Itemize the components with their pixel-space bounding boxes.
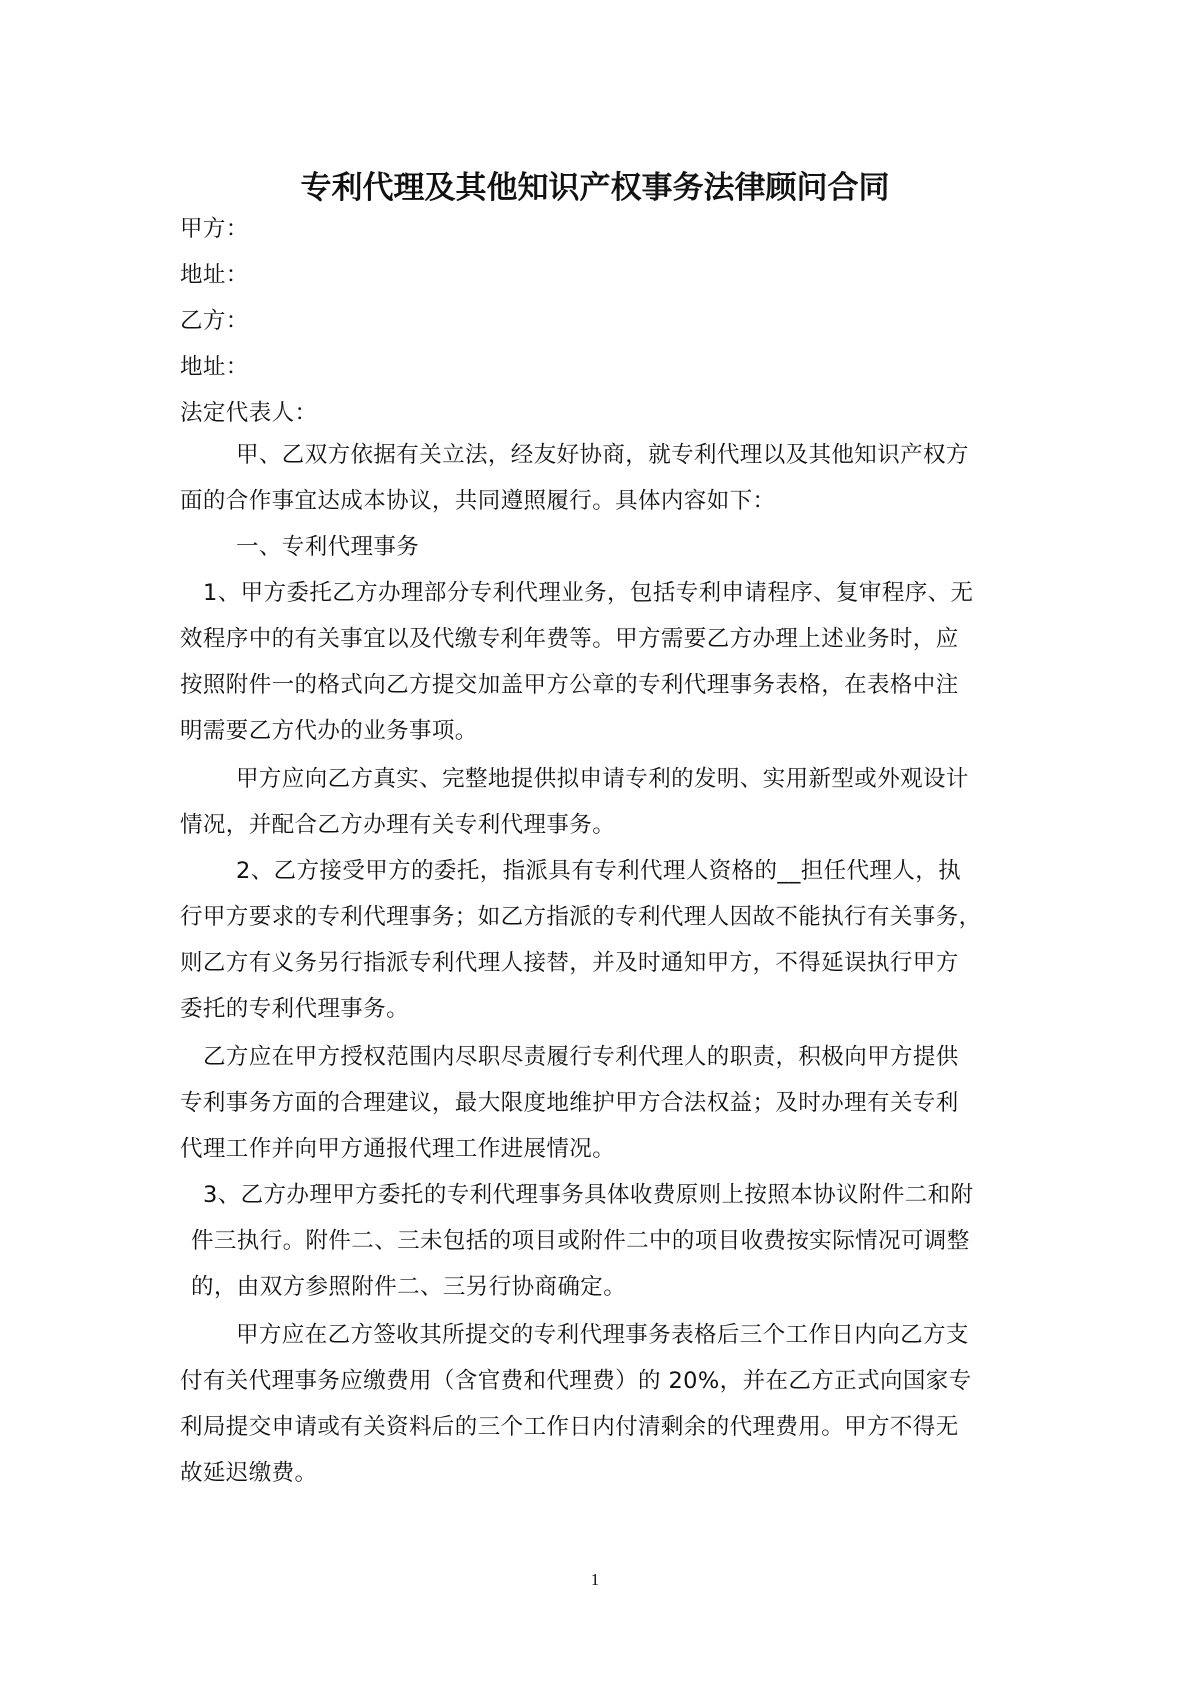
body-line: 按照附件一的格式向乙方提交加盖甲方公章的专利代理事务表格，在表格中注 (180, 670, 959, 700)
body-line: 明需要乙方代办的业务事项。 (180, 716, 478, 746)
body-line: 甲方应在乙方签收其所提交的专利代理事务表格后三个工作日内向乙方支 (236, 1320, 969, 1350)
body-line: 则乙方有义务另行指派专利代理人接替，并及时通知甲方，不得延误执行甲方 (180, 948, 959, 978)
body-line: 故延迟缴费。 (180, 1458, 317, 1488)
body-line: 一、专利代理事务 (236, 532, 419, 562)
party-a-address-label: 地址： (180, 260, 249, 290)
body-line: 利局提交申请或有关资料后的三个工作日内付清剩余的代理费用。甲方不得无 (180, 1412, 959, 1442)
legal-representative-label: 法定代表人： (180, 398, 317, 428)
document-page: 专利代理及其他知识产权事务法律顾问合同 甲方： 地址： 乙方： 地址： 法定代表… (0, 0, 1190, 1683)
party-b-address-label: 地址： (180, 352, 249, 382)
body-line: 3、乙方办理甲方委托的专利代理事务具体收费原则上按照本协议附件二和附 (203, 1180, 973, 1210)
body-line: 1、甲方委托乙方办理部分专利代理业务，包括专利申请程序、复审程序、无 (203, 578, 973, 608)
body-line: 专利事务方面的合理建议，最大限度地维护甲方合法权益；及时办理有关专利 (180, 1088, 959, 1118)
body-line: 情况，并配合乙方办理有关专利代理事务。 (180, 810, 615, 840)
party-a-label: 甲方： (180, 214, 249, 244)
body-line: 代理工作并向甲方通报代理工作进展情况。 (180, 1134, 615, 1164)
body-line: 效程序中的有关事宜以及代缴专利年费等。甲方需要乙方办理上述业务时，应 (180, 624, 959, 654)
body-line: 委托的专利代理事务。 (180, 994, 409, 1024)
body-line: 乙方应在甲方授权范围内尽职尽责履行专利代理人的职责，积极向甲方提供 (203, 1042, 959, 1072)
party-b-label: 乙方： (180, 306, 249, 336)
body-line: 行甲方要求的专利代理事务；如乙方指派的专利代理人因故不能执行有关事务， (180, 902, 982, 932)
body-line: 甲方应向乙方真实、完整地提供拟申请专利的发明、实用新型或外观设计 (236, 764, 969, 794)
body-line: 面的合作事宜达成本协议，共同遵照履行。具体内容如下： (180, 486, 775, 516)
page-number: 1 (0, 1570, 1190, 1590)
document-title: 专利代理及其他知识产权事务法律顾问合同 (0, 168, 1190, 208)
body-line: 甲、乙双方依据有关立法，经友好协商，就专利代理以及其他知识产权方 (236, 440, 969, 470)
body-line: 的，由双方参照附件二、三另行协商确定。 (191, 1272, 626, 1302)
body-line: 付有关代理事务应缴费用（含官费和代理费）的 20%，并在乙方正式向国家专 (180, 1366, 972, 1396)
body-line: 件三执行。附件二、三未包括的项目或附件二中的项目收费按实际情况可调整 (191, 1226, 970, 1256)
body-line: 2、乙方接受甲方的委托，指派具有专利代理人资格的__担任代理人，执 (236, 856, 961, 886)
